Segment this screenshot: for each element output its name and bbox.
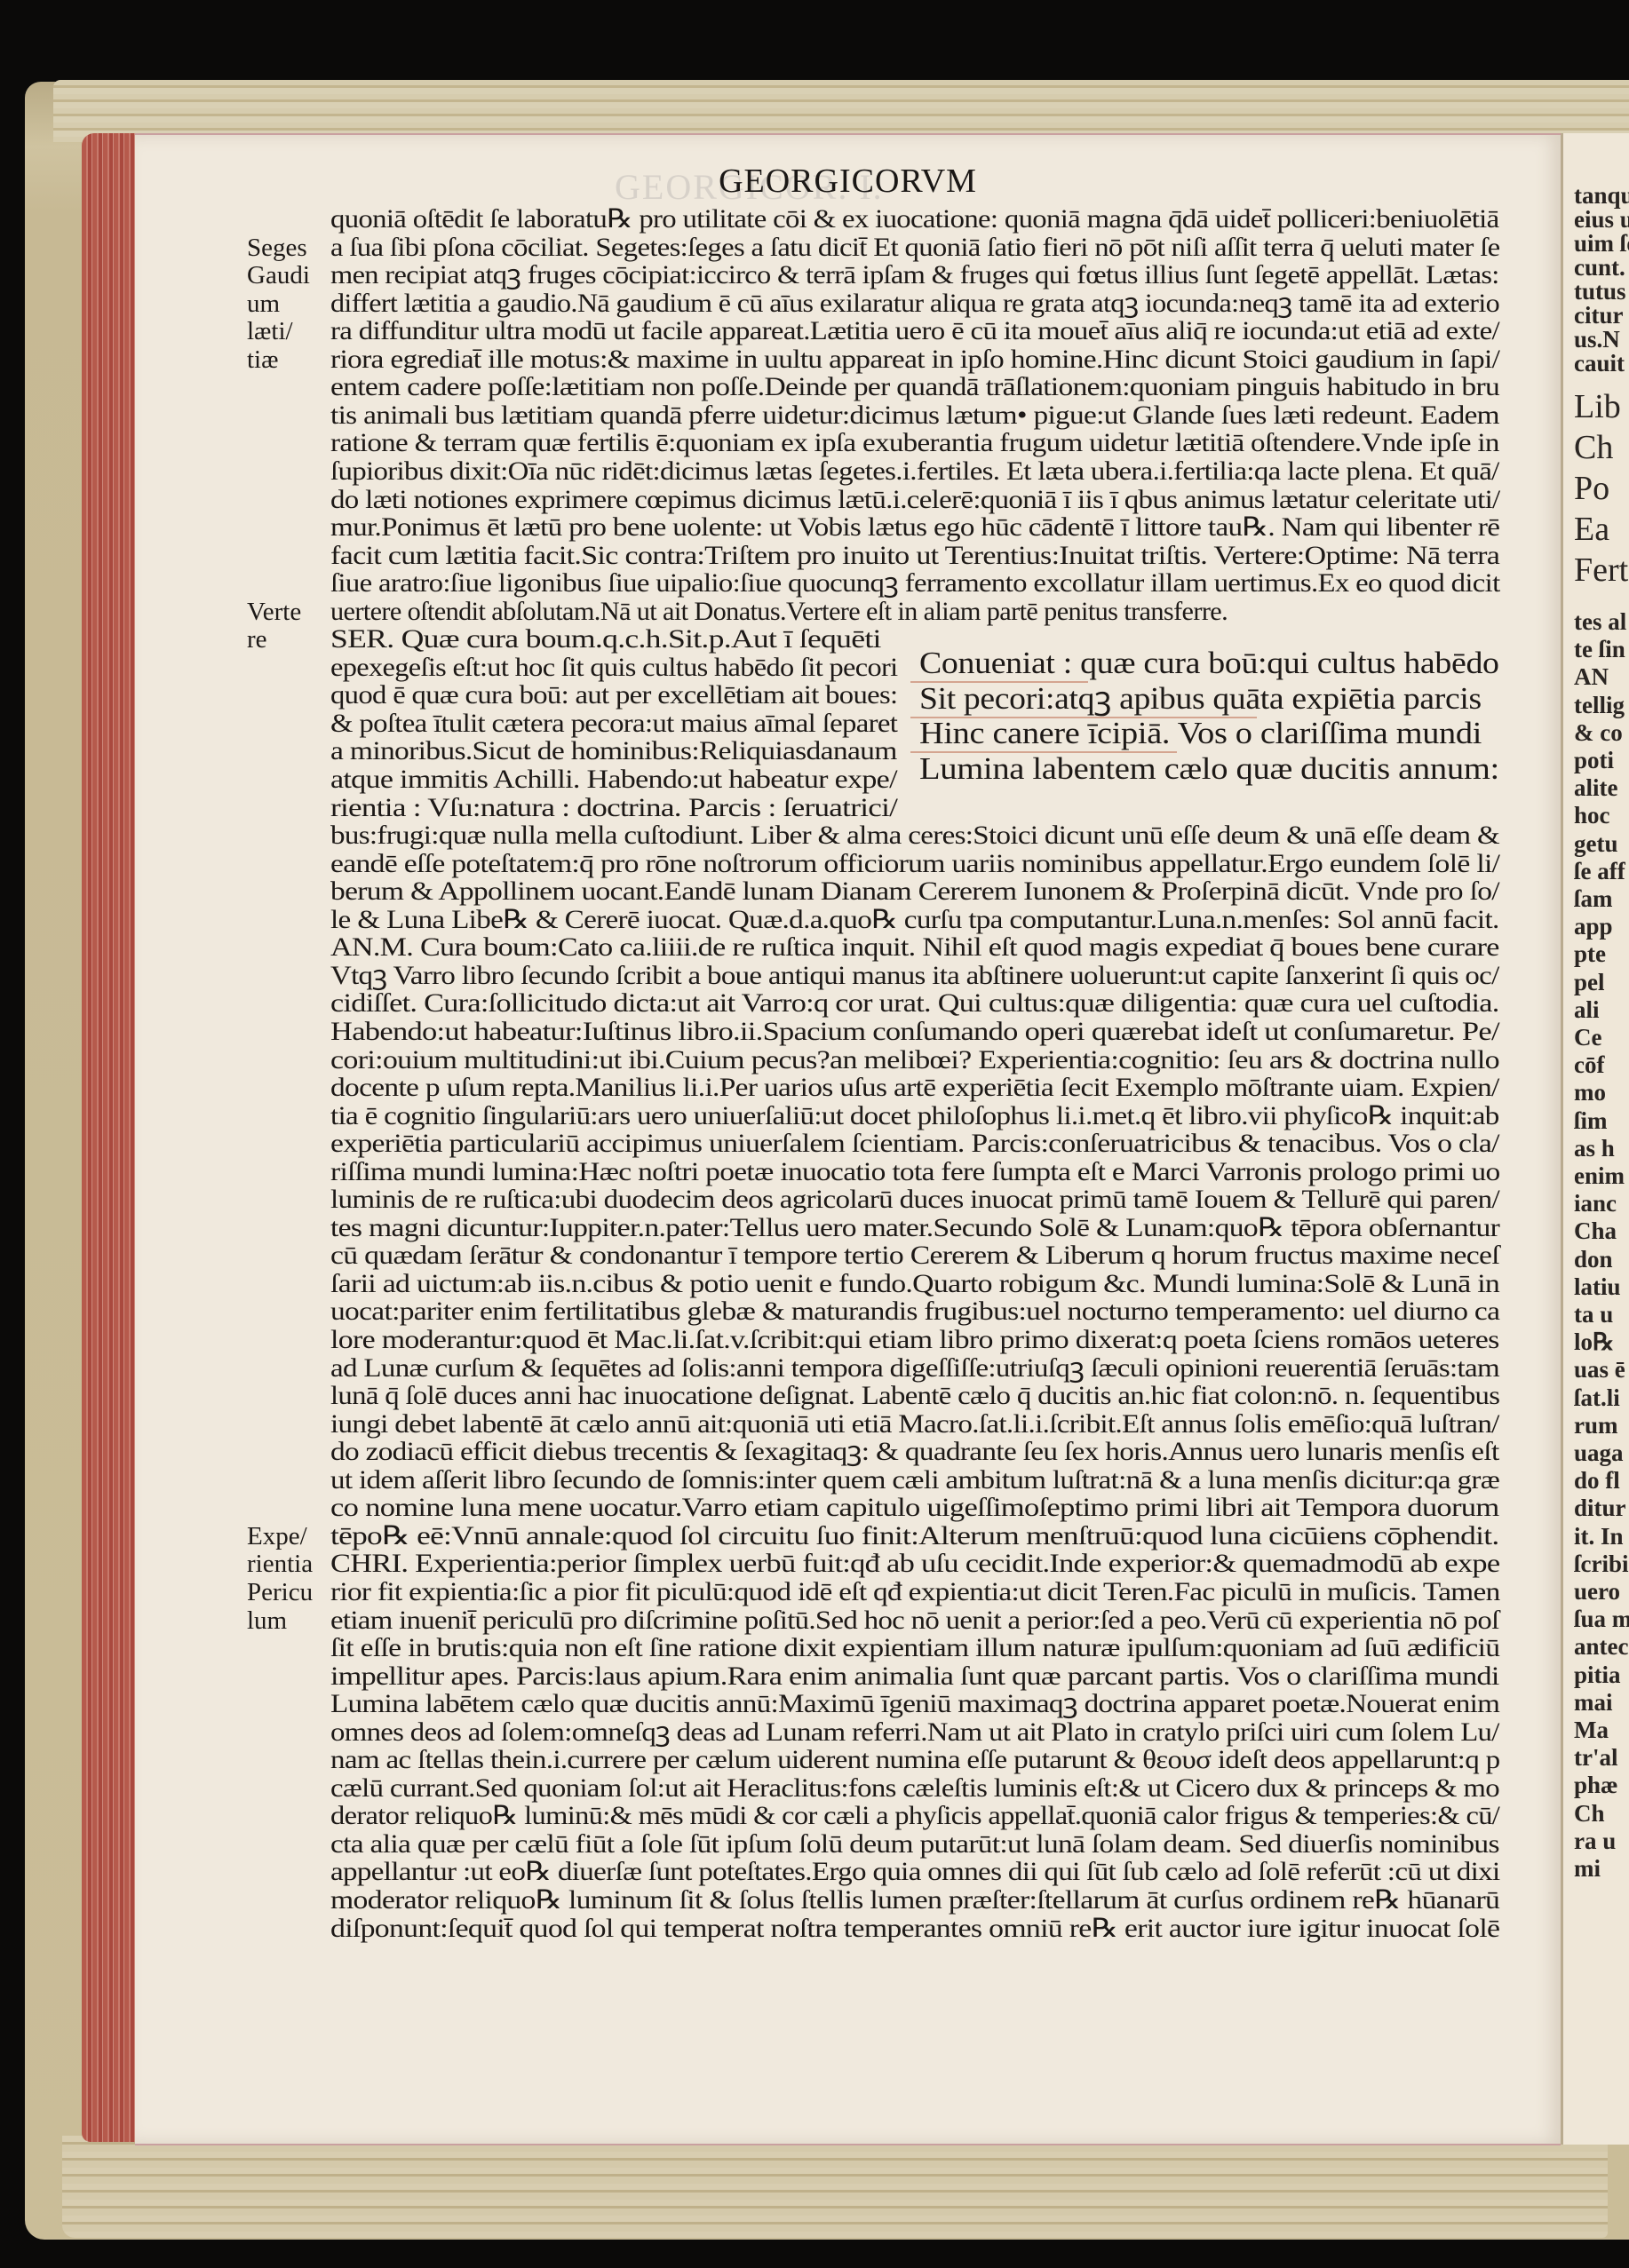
commentary-line: atque immitis Achilli. Habendo:ut habeat… (330, 766, 897, 795)
commentary-line: tis animali bus lætitiam quandā pferre u… (330, 402, 1499, 431)
facing-page-text: ſat.li (1574, 1384, 1620, 1411)
commentary-line: impellitur apes. Parcis:laus apium.Rara … (330, 1663, 1499, 1692)
margin-note: Pericu (247, 1579, 313, 1607)
facing-page-text: lo℞ (1574, 1328, 1614, 1355)
verse-line: Sit pecori:atqꝫ apibus quāta expiētia pa… (919, 681, 1482, 716)
commentary-line: omnes deos ad ſolem:omneſqꝫ deas ad Luna… (330, 1719, 1499, 1748)
facing-page-text: uero (1574, 1578, 1620, 1605)
commentary-line: berum & Appollinem uocant.Eandē lunam Di… (330, 878, 1499, 907)
commentary-line: cū quædam ſerātur & condonantur ī tempor… (330, 1242, 1499, 1271)
commentary-line: eandē eſſe poteſtatem:q̄ pro rōne noſtro… (330, 851, 1499, 879)
facing-page-text: Ma (1574, 1717, 1609, 1743)
facing-page-text: phæ (1574, 1772, 1618, 1798)
verse-line: Hinc canere īcipiā. Vos o clariſſima mun… (919, 716, 1482, 750)
commentary-line: Habendo:ut habeatur:Iuſtinus libro.ii.Sp… (330, 1019, 1499, 1047)
commentary-line: ſarii ad uictum:ab iis.n.cibus & potio u… (330, 1271, 1499, 1299)
running-head: GEORGICORVM (135, 162, 1561, 201)
margin-note: re (247, 626, 267, 654)
vellum-bottom-edge (62, 2136, 1608, 2238)
commentary-line: docente p uſum repta.Manilius li.i.Per u… (330, 1075, 1499, 1103)
commentary-line: ad Lunæ curſum & ſequētes ad ſolis:anni … (330, 1355, 1499, 1384)
commentary-line: derator reliquo℞ luminū:& mēs mūdi & cor… (330, 1803, 1499, 1831)
facing-page-text: uim ſo (1574, 230, 1629, 257)
commentary-line: do læti notiones exprimere cœpimus dicim… (330, 487, 1500, 515)
facing-page-text: ditur (1574, 1495, 1626, 1521)
facing-page-text: uas ē (1574, 1356, 1625, 1383)
commentary-line: experiētia particulariū accipimus uniuer… (330, 1130, 1499, 1159)
commentary-line: cori:ouium multitudini:ut ibi.Cuium pecu… (330, 1047, 1499, 1075)
facing-page-text: getu (1574, 830, 1618, 857)
facing-page-text: mai (1574, 1689, 1613, 1716)
commentary-line: ra diffunditur ultra modū ut facile appa… (330, 318, 1499, 346)
commentary-line: a ſua ſibi pſona cōciliat. Segetes:ſeges… (330, 234, 1500, 263)
facing-page-text: ali (1574, 996, 1600, 1023)
facing-page-text: eius u (1574, 206, 1629, 233)
commentary-line: & poſtea ītulit cætera pecora:ut maius a… (330, 710, 897, 739)
commentary-line: rientia : Vſu:natura : doctrina. Parcis … (330, 795, 897, 823)
commentary-line: ſit eſſe in brutis:quia non eſt ſine rat… (330, 1635, 1499, 1663)
commentary-line: lunā q̄ ſolē duces anni hac inuocatione … (330, 1383, 1499, 1411)
commentary-line: tēpo℞ eē:Vnnū annale:quod ſol circuitu ſ… (330, 1523, 1498, 1551)
commentary-line: tes magni dicuntur:Iuppiter.n.pater:Tell… (330, 1215, 1499, 1243)
facing-page-text: Cha (1574, 1217, 1617, 1244)
facing-page-text: citur (1574, 302, 1623, 329)
margin-note: Expe/ (247, 1523, 307, 1551)
facing-page-text: tr'al (1574, 1744, 1617, 1771)
facing-page-verse: Ea (1574, 516, 1609, 543)
commentary-line: facit cum lætitia facit.Sic contra:Triſt… (330, 543, 1499, 571)
facing-page-text: & co (1574, 719, 1623, 746)
commentary-line: uertere oſtendit abſolutam.Nā ut ait Don… (330, 599, 1228, 627)
facing-page-text: ſim (1574, 1107, 1608, 1134)
facing-page-text: hoc (1574, 802, 1610, 829)
commentary-line: cidiſſet. Cura:ſollicitudo dicta:ut ait … (330, 990, 1499, 1019)
commentary-line: uocat:pariter enim fertilitatibus glebæ … (330, 1298, 1499, 1327)
commentary-line: co nomine luna mene uocatur.Varro etiam … (330, 1495, 1499, 1523)
commentary-line: tia ē cognitio ſingulariū:ars uero uniue… (330, 1103, 1499, 1131)
facing-page-verse: Fert (1574, 557, 1628, 583)
commentary-line: bus:frugi:quæ nulla mella cuſtodiunt. Li… (330, 822, 1499, 851)
margin-note: tiæ (247, 346, 278, 375)
facing-page-verse: Ch (1574, 434, 1613, 461)
facing-page-text: Ch (1574, 1800, 1605, 1827)
commentary-line: moderator reliquo℞ luminum ſit & ſolus ſ… (330, 1887, 1499, 1915)
margin-note: rientia (247, 1550, 313, 1579)
commentary-line: entem cadere poſſe:lætitiam non poſſe.De… (330, 374, 1499, 402)
facing-page-text: pte (1574, 940, 1606, 967)
commentary-line: differt lætitia a gaudio.Nā gaudium ē cū… (330, 290, 1499, 319)
facing-page-text: AN (1574, 663, 1609, 690)
commentary-line: mur.Ponimus ēt lætū pro bene uolente: ut… (330, 514, 1499, 543)
commentary-line: cælū currant.Sed quoniam ſol:ut ait Hera… (330, 1775, 1499, 1804)
commentary-line: cta alia quæ per cælū fiūt a ſole ſūt ip… (330, 1831, 1499, 1860)
facing-page-text: cōf (1574, 1051, 1604, 1078)
facing-page-text: tellig (1574, 692, 1625, 718)
commentary-line: nam ac ſtellas thein.i.currere per cælum… (330, 1747, 1500, 1775)
commentary-line: SER. Quæ cura boum.q.c.h.Sit.p.Aut ī ſeq… (330, 626, 881, 654)
facing-page-text: mi (1574, 1855, 1601, 1882)
facing-page-text: as h (1574, 1135, 1615, 1162)
facing-page-text: cunt. (1574, 254, 1625, 281)
commentary-line: Vtqꝫ Varro libro ſecundo ſcribit a boue … (330, 963, 1499, 991)
facing-page-text: te ſin (1574, 636, 1625, 662)
commentary-line: ratione & terram quæ fertilis ē:quoniam … (330, 430, 1499, 458)
red-fore-edge (82, 133, 137, 2142)
facing-page-text: app (1574, 913, 1613, 940)
facing-page-text: tutus (1574, 278, 1626, 305)
facing-page-text: ta u (1574, 1301, 1613, 1328)
facing-page-text: ra u (1574, 1828, 1616, 1854)
verse-line: Conueniat : quæ cura boū:qui cultus habē… (919, 646, 1499, 680)
facing-page-text: ſam (1574, 885, 1613, 912)
facing-page-text: pitia (1574, 1661, 1621, 1688)
commentary-line: ut idem aſſerit libro ſecundo de ſomnis:… (330, 1467, 1499, 1495)
facing-page-fragment: tanqueius uuim ſocunt.tutusciturus.Ncaui… (1561, 133, 1629, 2145)
commentary-line: iungi debet labentē āt cælo annū ait:quo… (330, 1411, 1499, 1439)
commentary-line: quoniā oſtēdit ſe laboratu℞ pro utilitat… (330, 206, 1498, 234)
facing-page-text: ſcribi (1574, 1550, 1629, 1577)
commentary-line: Lumina labētem cælo quæ ducitis annū:Max… (330, 1691, 1499, 1719)
facing-page-text: ſua m (1574, 1606, 1629, 1632)
facing-page-text: alite (1574, 774, 1617, 801)
verse-line: Lumina labentem cælo quæ ducitis annum: (919, 751, 1499, 786)
facing-page-text: enim (1574, 1162, 1625, 1189)
commentary-line: AN.M. Cura boum:Cato ca.liiii.de re ruſt… (330, 934, 1499, 963)
commentary-line: ſiue aratro:ſiue ligonibus ſiue uipalio:… (330, 570, 1500, 599)
facing-page-text: it. In (1574, 1523, 1624, 1550)
facing-page-verse: Po (1574, 475, 1609, 502)
commentary-line: epexegeſis eſt:ut hoc ſit quis cultus ha… (330, 654, 897, 683)
margin-note: um (247, 290, 280, 319)
commentary-line: a minoribus.Sicut de hominibus:Reliquias… (330, 738, 897, 766)
facing-page-text: don (1574, 1246, 1613, 1273)
book-page: GEORGICOR. I. GEORGICORVM SegesGaudiumlæ… (135, 133, 1561, 2145)
facing-page-text: ianc (1574, 1190, 1617, 1217)
margin-note: Seges (247, 234, 307, 263)
commentary-line: diſponunt:ſequit̄ quod ſol qui temperat … (330, 1915, 1499, 1944)
commentary-line: lore moderantur:quod ēt Mac.li.ſat.v.ſcr… (330, 1327, 1499, 1355)
margin-note: læti/ (247, 318, 293, 346)
commentary-line: ſupioribus dixit:Oīa nūc ridēt:dicimus l… (330, 458, 1499, 487)
margin-note: lum (247, 1607, 287, 1636)
commentary-line: do zodiacū efficit diebus trecentis & ſe… (330, 1439, 1499, 1467)
commentary-line: le & Luna Libe℞ & Cererē iuocat. Quæ.d.a… (330, 907, 1499, 935)
facing-page-text: Ce (1574, 1024, 1601, 1051)
commentary-line: riſſima mundi lumina:Hæc noſtri poetæ in… (330, 1159, 1500, 1187)
facing-page-text: ſe aff (1574, 858, 1625, 884)
commentary-line: quod ē quæ cura boū: aut per excellētiam… (330, 682, 897, 710)
facing-page-text: us.N (1574, 326, 1620, 353)
commentary-line: etiam inuenit̄ periculū pro diſcrimine p… (330, 1607, 1499, 1636)
commentary-line: rior fit expientia:ſic a pior fit piculū… (330, 1579, 1500, 1607)
facing-page-text: latiu (1574, 1273, 1621, 1300)
facing-page-text: tes al (1574, 608, 1626, 635)
margin-note: Verte (247, 599, 301, 627)
facing-page-text: uaga (1574, 1439, 1624, 1466)
facing-page-text: antec (1574, 1633, 1628, 1660)
facing-page-text: mo (1574, 1079, 1606, 1106)
commentary-line: appellantur :ut eo℞ diuerſæ ſunt poteſta… (330, 1859, 1500, 1887)
facing-page-verse: Lib (1574, 393, 1621, 420)
commentary-line: CHRI. Experientia:perior ſimplex uerbū f… (330, 1550, 1499, 1579)
facing-page-text: pel (1574, 969, 1605, 995)
facing-page-text: cauit (1574, 350, 1625, 377)
facing-page-text: do fl (1574, 1467, 1620, 1494)
facing-page-text: poti (1574, 747, 1614, 773)
facing-page-text: rum (1574, 1412, 1618, 1439)
commentary-line: men recipiat atqꝫ fruges cōcipiat:iccirc… (330, 262, 1499, 290)
facing-page-text: tanqu (1574, 182, 1629, 209)
margin-note: Gaudi (247, 262, 310, 290)
commentary-line: riora egrediat̄ ille motus:& maxime in u… (330, 346, 1499, 375)
commentary-line: luminis de re ruſtica:ubi duodecim deos … (330, 1186, 1499, 1215)
